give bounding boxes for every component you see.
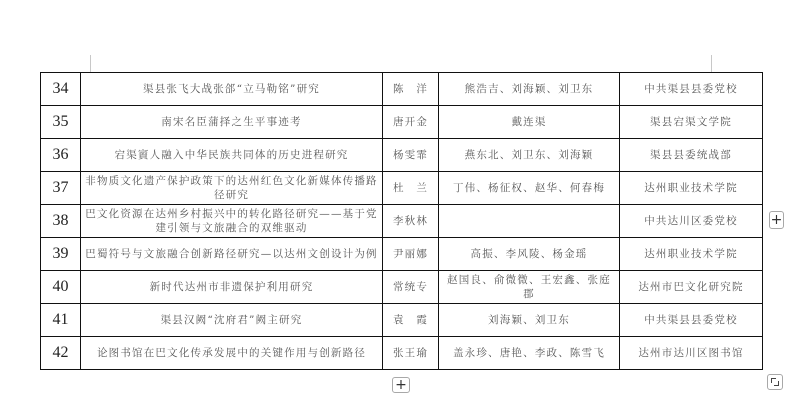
project-unit-cell[interactable]: 达州职业技术学院 — [620, 172, 763, 205]
project-members-cell[interactable]: 燕东北、刘卫东、刘海颖 — [439, 139, 620, 172]
project-title-cell[interactable]: 巴文化资源在达州乡村振兴中的转化路径研究——基于党建引领与文旅融合的双维驱动 — [81, 205, 383, 238]
project-title-cell[interactable]: 论图书馆在巴文化传承发展中的关键作用与创新路径 — [81, 337, 383, 370]
project-members-cell[interactable]: 盖永珍、唐艳、李政、陈雪飞 — [439, 337, 620, 370]
row-number-cell[interactable]: 34 — [41, 73, 81, 106]
project-members-cell[interactable]: 丁伟、杨征权、赵华、何春梅 — [439, 172, 620, 205]
table-row: 42论图书馆在巴文化传承发展中的关键作用与创新路径张王瑜盖永珍、唐艳、李政、陈雪… — [41, 337, 763, 370]
project-lead-cell[interactable]: 唐开金 — [383, 106, 439, 139]
project-members-cell[interactable]: 赵国良、俞微微、王宏鑫、张庭郡 — [439, 271, 620, 304]
project-lead-cell[interactable]: 张王瑜 — [383, 337, 439, 370]
project-title-cell[interactable]: 南宋名臣蒲择之生平事迹考 — [81, 106, 383, 139]
table-row: 40新时代达州市非遗保护利用研究常统专赵国良、俞微微、王宏鑫、张庭郡达州市巴文化… — [41, 271, 763, 304]
project-title-cell[interactable]: 巴蜀符号与文旅融合创新路径研究—以达州文创设计为例 — [81, 238, 383, 271]
project-members-cell[interactable]: 熊浩吉、刘海颖、刘卫东 — [439, 73, 620, 106]
project-lead-cell[interactable]: 杜 兰 — [383, 172, 439, 205]
table-row: 41渠县汉阙“沈府君”阙主研究袁 霞刘海颖、刘卫东中共渠县县委党校 — [41, 304, 763, 337]
project-members-cell[interactable]: 刘海颖、刘卫东 — [439, 304, 620, 337]
project-title-cell[interactable]: 非物质文化遗产保护政策下的达州红色文化新媒体传播路径研究 — [81, 172, 383, 205]
project-title-cell[interactable]: 渠县张飞大战张郃“立马勒铭”研究 — [81, 73, 383, 106]
project-table: 34渠县张飞大战张郃“立马勒铭”研究陈 洋熊浩吉、刘海颖、刘卫东中共渠县县委党校… — [40, 72, 763, 370]
add-column-button[interactable]: + — [392, 377, 410, 393]
table-resize-handle[interactable] — [767, 374, 783, 390]
project-unit-cell[interactable]: 中共渠县县委党校 — [620, 304, 763, 337]
table-row: 34渠县张飞大战张郃“立马勒铭”研究陈 洋熊浩吉、刘海颖、刘卫东中共渠县县委党校 — [41, 73, 763, 106]
add-row-button[interactable]: + — [769, 211, 784, 229]
row-number-cell[interactable]: 37 — [41, 172, 81, 205]
margin-guide-left — [90, 55, 91, 72]
table-row: 39巴蜀符号与文旅融合创新路径研究—以达州文创设计为例尹丽娜高振、李风陵、杨金瑶… — [41, 238, 763, 271]
project-members-cell[interactable] — [439, 205, 620, 238]
project-title-cell[interactable]: 宕渠賨人融入中华民族共同体的历史进程研究 — [81, 139, 383, 172]
row-number-cell[interactable]: 41 — [41, 304, 81, 337]
project-unit-cell[interactable]: 达州职业技术学院 — [620, 238, 763, 271]
row-number-cell[interactable]: 38 — [41, 205, 81, 238]
margin-guide-right — [711, 55, 712, 72]
project-title-cell[interactable]: 渠县汉阙“沈府君”阙主研究 — [81, 304, 383, 337]
project-lead-cell[interactable]: 陈 洋 — [383, 73, 439, 106]
project-unit-cell[interactable]: 中共渠县县委党校 — [620, 73, 763, 106]
table-row: 36宕渠賨人融入中华民族共同体的历史进程研究杨雯霏燕东北、刘卫东、刘海颖渠县县委… — [41, 139, 763, 172]
project-title-cell[interactable]: 新时代达州市非遗保护利用研究 — [81, 271, 383, 304]
project-unit-cell[interactable]: 达州市达川区图书馆 — [620, 337, 763, 370]
row-number-cell[interactable]: 36 — [41, 139, 81, 172]
project-unit-cell[interactable]: 中共达川区委党校 — [620, 205, 763, 238]
row-number-cell[interactable]: 40 — [41, 271, 81, 304]
project-members-cell[interactable]: 戴连渠 — [439, 106, 620, 139]
row-number-cell[interactable]: 42 — [41, 337, 81, 370]
project-lead-cell[interactable]: 尹丽娜 — [383, 238, 439, 271]
table-row: 38巴文化资源在达州乡村振兴中的转化路径研究——基于党建引领与文旅融合的双维驱动… — [41, 205, 763, 238]
project-lead-cell[interactable]: 李秋林 — [383, 205, 439, 238]
table-row: 37非物质文化遗产保护政策下的达州红色文化新媒体传播路径研究杜 兰丁伟、杨征权、… — [41, 172, 763, 205]
project-unit-cell[interactable]: 渠县宕渠文学院 — [620, 106, 763, 139]
project-lead-cell[interactable]: 常统专 — [383, 271, 439, 304]
project-lead-cell[interactable]: 杨雯霏 — [383, 139, 439, 172]
project-unit-cell[interactable]: 达州市巴文化研究院 — [620, 271, 763, 304]
table-row: 35南宋名臣蒲择之生平事迹考唐开金戴连渠渠县宕渠文学院 — [41, 106, 763, 139]
project-lead-cell[interactable]: 袁 霞 — [383, 304, 439, 337]
project-members-cell[interactable]: 高振、李风陵、杨金瑶 — [439, 238, 620, 271]
row-number-cell[interactable]: 39 — [41, 238, 81, 271]
row-number-cell[interactable]: 35 — [41, 106, 81, 139]
project-unit-cell[interactable]: 渠县县委统战部 — [620, 139, 763, 172]
